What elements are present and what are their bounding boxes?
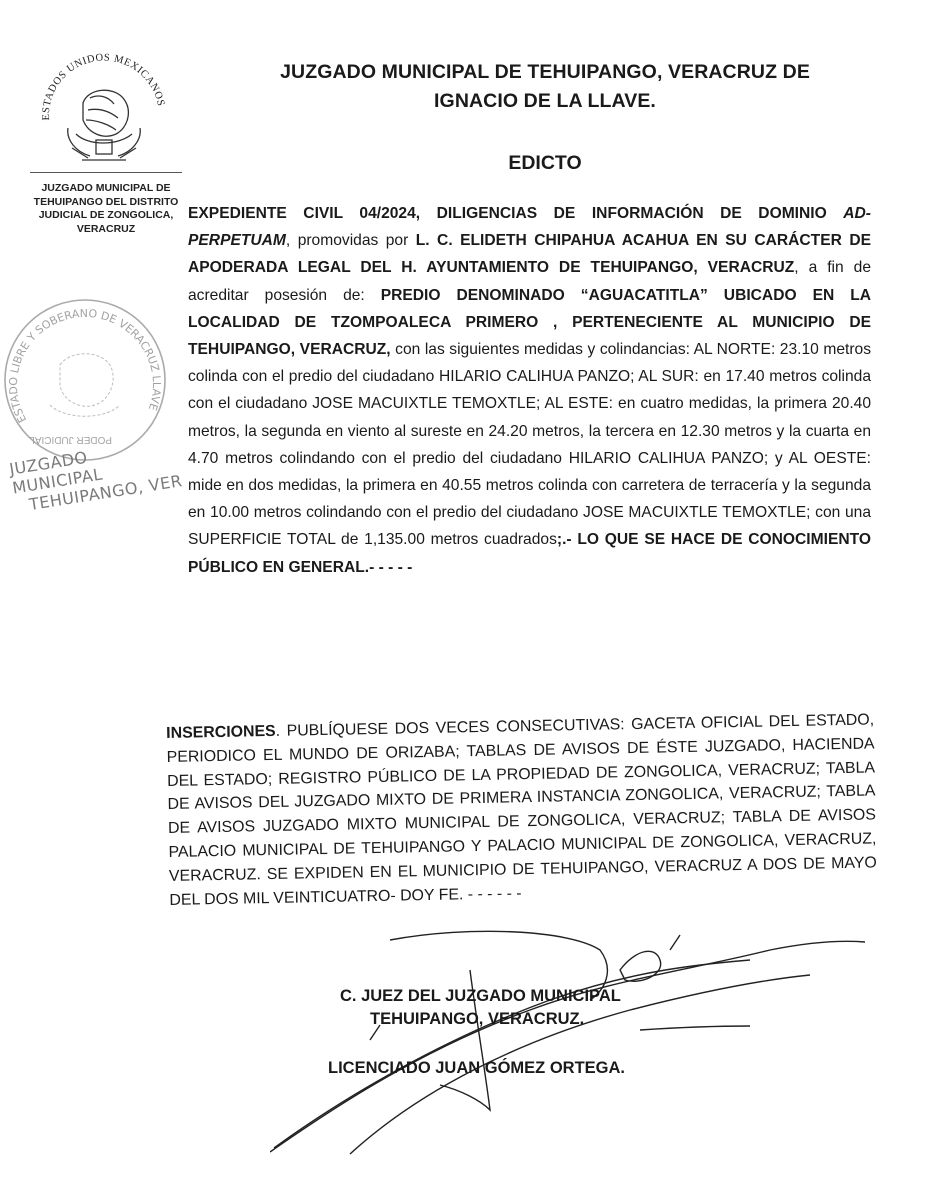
caption-line: VERACRUZ [20, 223, 192, 237]
edict-body-paragraph: EXPEDIENTE CIVIL 04/2024, DILIGENCIAS DE… [188, 200, 871, 581]
signatory-title: C. JUEZ DEL JUZGADO MUNICIPAL [340, 985, 760, 1007]
title-line: JUZGADO MUNICIPAL DE TEHUIPANGO, VERACRU… [225, 58, 865, 87]
court-title: JUZGADO MUNICIPAL DE TEHUIPANGO, VERACRU… [225, 58, 865, 116]
handwritten-signature-icon [270, 930, 870, 1170]
national-coat-of-arms-icon: ESTADOS UNIDOS MEXICANOS [28, 48, 178, 178]
court-caption: JUZGADO MUNICIPAL DE TEHUIPANGO DEL DIST… [20, 182, 192, 236]
signatory-name: LICENCIADO JUAN GÓMEZ ORTEGA. [328, 1057, 748, 1079]
title-line: IGNACIO DE LA LLAVE. [225, 87, 865, 116]
caption-line: TEHUIPANGO DEL DISTRITO [20, 196, 192, 210]
insertions-label: INSERCIONES [166, 723, 276, 742]
document-type-heading: EDICTO [225, 152, 865, 175]
signatory-location: TEHUIPANGO, VERACRUZ. [370, 1008, 790, 1030]
caption-line: JUDICIAL DE ZONGOLICA, [20, 209, 192, 223]
svg-text:PODER JUDICIAL: PODER JUDICIAL [29, 434, 112, 445]
insertions-text: . PUBLÍQUESE DOS VECES CONSECUTIVAS: GAC… [167, 711, 877, 908]
insertions-paragraph: INSERCIONES. PUBLÍQUESE DOS VECES CONSEC… [166, 708, 878, 912]
case-reference: EXPEDIENTE CIVIL 04/2024, DILIGENCIAS DE… [188, 205, 843, 222]
boundaries-text: con las siguientes medidas y colindancia… [188, 341, 871, 548]
seal-divider [30, 172, 182, 173]
caption-line: JUZGADO MUNICIPAL DE [20, 182, 192, 196]
text-span: , promovidas por [286, 232, 416, 249]
svg-text:ESTADO LIBRE Y SOBERANO DE VER: ESTADO LIBRE Y SOBERANO DE VERACRUZ LLAV… [7, 307, 163, 425]
